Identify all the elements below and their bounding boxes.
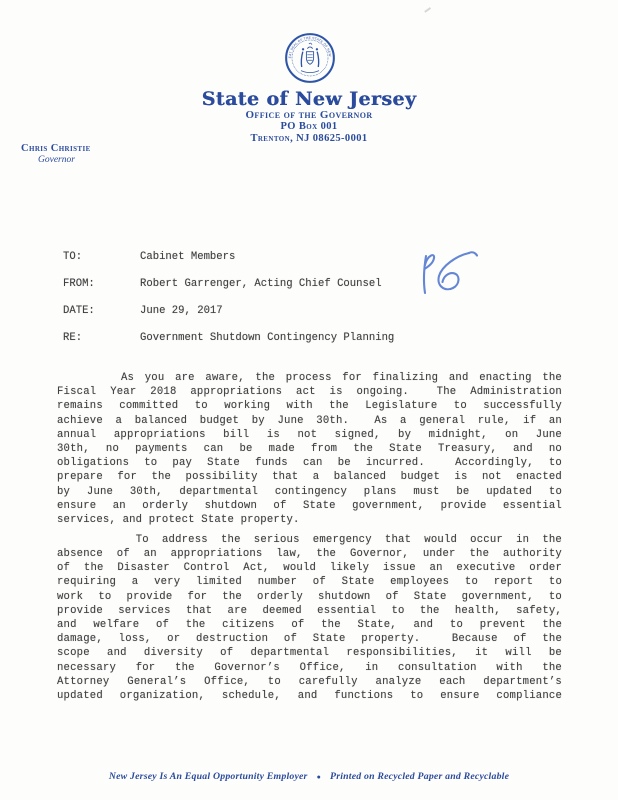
body-line: updated organization, schedule, and func… xyxy=(57,689,562,703)
body-line: requiring a very limited number of State… xyxy=(57,575,562,589)
memo-field-label: TO: xyxy=(63,250,140,264)
governor-title: Governor xyxy=(38,155,75,165)
body-line: Fiscal Year 2018 appropriations act is o… xyxy=(57,385,562,399)
body-line: achieve a balanced budget by June 30th. … xyxy=(57,414,562,428)
body-line: prepare for the possibility that a balan… xyxy=(57,470,562,484)
memo-field-value: Government Shutdown Contingency Planning xyxy=(140,332,394,344)
memo-row: RE:Government Shutdown Contingency Plann… xyxy=(63,331,394,345)
memo-field-value: Cabinet Members xyxy=(140,251,235,263)
body-line: obligations to pay State funds can be in… xyxy=(57,456,562,470)
memo-row: DATE:June 29, 2017 xyxy=(63,304,394,318)
body-line: damage, loss, or destruction of State pr… xyxy=(57,632,562,646)
footer-bullet-icon: ● xyxy=(317,773,321,781)
coat-of-arms-icon xyxy=(301,43,319,73)
memo-field-value: June 29, 2017 xyxy=(140,305,223,317)
body-line: absence of an appropriations law, the Go… xyxy=(57,547,562,561)
body-paragraph: To address the serious emergency that wo… xyxy=(57,533,562,703)
body-line: To address the serious emergency that wo… xyxy=(57,533,562,547)
body-line: annual appropriations bill is not signed… xyxy=(57,428,562,442)
body-line: scope and diversity of departmental resp… xyxy=(57,646,562,660)
body-line: As you are aware, the process for finali… xyxy=(57,371,562,385)
letter-body: As you are aware, the process for finali… xyxy=(57,371,562,703)
letter-page: THE GREAT SEAL OF THE STATE OF NEW JERSE… xyxy=(0,0,618,800)
letterhead-city-line: Trenton, NJ 08625-0001 xyxy=(0,133,618,144)
footer-equal-opportunity-text: New Jersey Is An Equal Opportunity Emplo… xyxy=(109,771,308,782)
memo-row: FROM:Robert Garrenger, Acting Chief Coun… xyxy=(63,277,394,291)
memo-field-label: RE: xyxy=(63,331,140,345)
letterhead-office-line: Office of the Governor xyxy=(0,109,618,121)
scan-artifact xyxy=(424,7,431,12)
memo-field-value: Robert Garrenger, Acting Chief Counsel xyxy=(140,278,382,290)
body-line: ensure an orderly shutdown of State gove… xyxy=(57,499,562,513)
footer-recycled-text: Printed on Recycled Paper and Recyclable xyxy=(330,771,509,782)
body-paragraph: As you are aware, the process for finali… xyxy=(57,371,562,527)
body-line: by June 30th, departmental contingency p… xyxy=(57,485,562,499)
body-line: necessary for the Governor’s Office, in … xyxy=(57,661,562,675)
memo-row: TO:Cabinet Members xyxy=(63,250,394,264)
body-line: provide services that are deemed essenti… xyxy=(57,604,562,618)
memo-header-block: TO:Cabinet MembersFROM:Robert Garrenger,… xyxy=(63,250,394,358)
governor-name: Chris Christie xyxy=(21,143,91,154)
memo-field-label: DATE: xyxy=(63,304,140,318)
body-line: 30th, no payments can be made from the S… xyxy=(57,442,562,456)
body-line: of the Disaster Control Act, would likel… xyxy=(57,561,562,575)
body-line: and welfare of the citizens of the State… xyxy=(57,618,562,632)
body-line: Attorney General’s Office, to carefully … xyxy=(57,675,562,689)
letterhead-po-box: PO Box 001 xyxy=(0,121,618,132)
new-jersey-state-seal-icon: THE GREAT SEAL OF THE STATE OF NEW JERSE… xyxy=(283,29,337,87)
body-line: remains committed to working with the Le… xyxy=(57,399,562,413)
body-line: services, and protect State property. xyxy=(57,513,562,527)
letterhead-state-name: State of New Jersey xyxy=(0,88,618,110)
handwritten-initials-rg xyxy=(412,246,478,300)
footer: New Jersey Is An Equal Opportunity Emplo… xyxy=(0,771,618,782)
body-line: work to provide for the orderly shutdown… xyxy=(57,590,562,604)
memo-field-label: FROM: xyxy=(63,277,140,291)
